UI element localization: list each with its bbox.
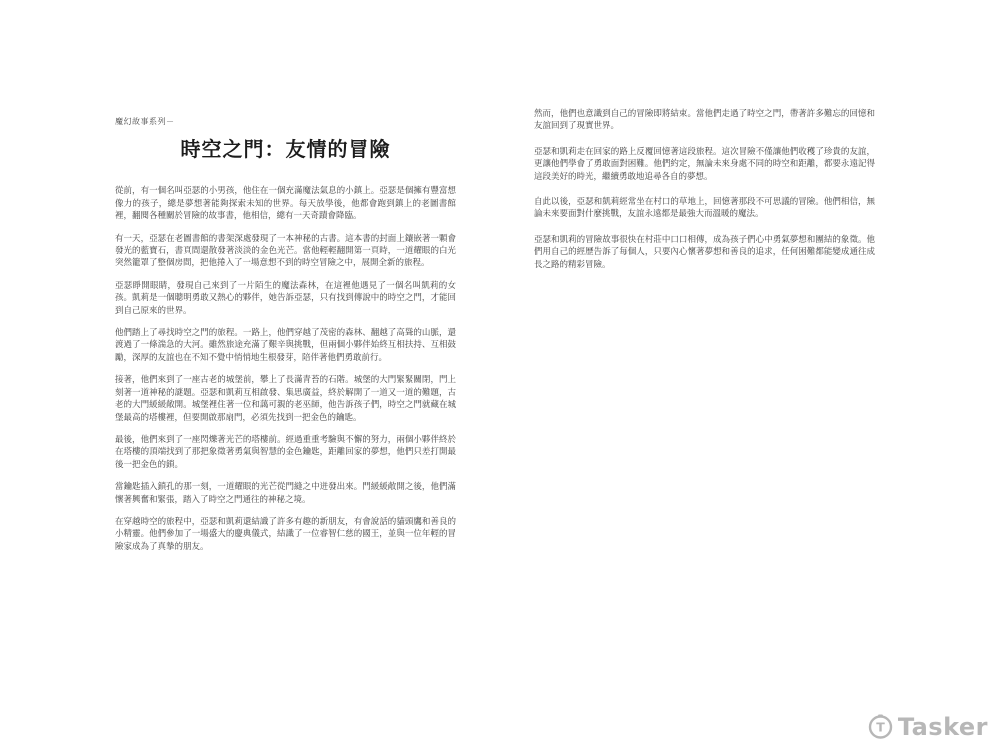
- story-paragraph: 接著，他們來到了一座古老的城堡前，攀上了長滿青苔的石階。城堡的大門緊緊關閉，門上…: [115, 374, 456, 424]
- story-paragraph: 最後，他們來到了一座閃爍著光芒的塔樓前。經過重重考驗與不懈的努力，兩個小夥伴終於…: [115, 434, 456, 471]
- tasker-badge-icon: T: [867, 713, 894, 740]
- tasker-badge-letter: T: [876, 720, 885, 735]
- tasker-watermark: T Tasker: [867, 713, 988, 740]
- story-paragraph: 亞瑟和凱莉走在回家的路上反覆回憶著這段旅程。這次冒險不僅讓他們收穫了珍貴的友誼，…: [534, 146, 875, 183]
- story-paragraph: 然而，他們也意識到自己的冒險即將結束。當他們走過了時空之門，帶著許多難忘的回憶和…: [534, 108, 875, 133]
- story-paragraph: 在穿越時空的旅程中，亞瑟和凱莉還結識了許多有趣的新朋友，有會說話的貓頭鷹和善良的…: [115, 516, 456, 553]
- series-kicker: 魔幻故事系列－: [115, 116, 456, 128]
- tasker-logo-text: Tasker: [898, 714, 988, 740]
- story-paragraph: 從前，有一個名叫亞瑟的小男孩，他住在一個充滿魔法氣息的小鎮上。亞瑟是個擁有豐富想…: [115, 185, 456, 222]
- story-paragraph: 當鑰匙插入鎖孔的那一刻，一道耀眼的光芒從門縫之中迸發出來。門緩緩敞開之後，他們滿…: [115, 481, 456, 506]
- story-paragraph: 他們踏上了尋找時空之門的旅程。一路上，他們穿越了茂密的森林、翻越了高聳的山脈，還…: [115, 327, 456, 364]
- story-paragraph: 亞瑟和凱莉的冒險故事很快在村莊中口口相傳，成為孩子們心中勇氣夢想和團結的象徵。他…: [534, 234, 875, 271]
- page-left-column: 魔幻故事系列－ 時空之門：友情的冒險 從前，有一個名叫亞瑟的小男孩，他住在一個充…: [115, 116, 456, 563]
- story-paragraph: 自此以後，亞瑟和凱莉經常坐在村口的草地上，回憶著那段不可思議的冒險。他們相信，無…: [534, 196, 875, 221]
- page-right-column: 然而，他們也意識到自己的冒險即將結束。當他們走過了時空之門，帶著許多難忘的回憶和…: [534, 108, 875, 284]
- document-canvas: 魔幻故事系列－ 時空之門：友情的冒險 從前，有一個名叫亞瑟的小男孩，他住在一個充…: [0, 0, 1000, 750]
- page-title: 時空之門：友情的冒險: [115, 137, 456, 161]
- story-paragraph: 亞瑟睜開眼睛，發現自己來到了一片陌生的魔法森林，在這裡他遇見了一個名叫凱莉的女孩…: [115, 280, 456, 317]
- story-paragraph: 有一天，亞瑟在老圖書館的書架深處發現了一本神秘的古書。這本書的封面上鑲嵌著一顆會…: [115, 233, 456, 270]
